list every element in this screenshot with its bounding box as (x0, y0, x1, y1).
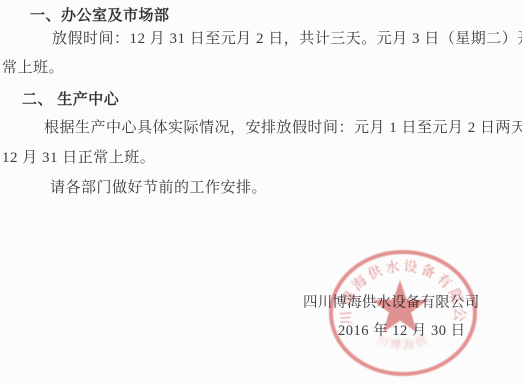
signature-company: 四川博海供水设备有限公司 (303, 291, 479, 312)
seal-ring (331, 252, 475, 374)
seal-arc-text-container: 四川博海供水设备有限公司 (318, 244, 467, 325)
company-seal: 四川博海供水设备有限公司 四川博海供水 (318, 244, 488, 384)
body-line: 放假时间：12 月 31 日至元月 2 日，共计三天。元月 3 日（星期二）开始… (52, 30, 522, 48)
body-line: 12 月 31 日正常上班。 (2, 149, 155, 167)
body-line: 常上班。 (2, 59, 64, 77)
body-line: 请各部门做好节前的工作安排。 (50, 179, 267, 197)
notice-document: 一、办公室及市场部 放假时间：12 月 31 日至元月 2 日，共计三天。元月 … (0, 0, 522, 384)
body-line: 根据生产中心具体实际情况，安排放假时间：元月 1 日至元月 2 日两天休息， (44, 119, 522, 137)
signature-date: 2016 年 12 月 30 日 (338, 319, 466, 340)
seal-arc-text: 四川博海供水设备有限公司 (318, 244, 467, 325)
section-1-heading: 一、办公室及市场部 (30, 7, 170, 25)
section-2-heading: 二、 生产中心 (22, 91, 119, 109)
